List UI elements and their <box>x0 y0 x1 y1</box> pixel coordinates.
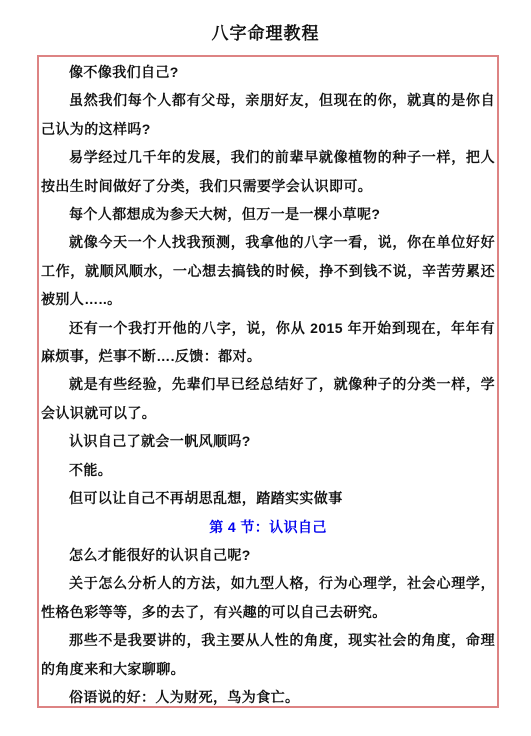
section-heading: 第 4 节：认识自己 <box>41 513 495 541</box>
paragraph: 不能。 <box>41 456 495 484</box>
paragraph: 虽然我们每个人都有父母，亲朋好友，但现在的你，就真的是你自己认为的这样吗? <box>41 86 495 143</box>
paragraph: 易学经过几千年的发展，我们的前辈早就像植物的种子一样，把人按出生时间做好了分类，… <box>41 143 495 200</box>
page-title: 八字命理教程 <box>0 19 531 44</box>
paragraph: 那些不是我要讲的，我主要从人性的角度，现实社会的角度，命理的角度来和大家聊聊。 <box>41 626 495 683</box>
paragraph: 就是有些经验，先辈们早已经总结好了，就像种子的分类一样，学会认识就可以了。 <box>41 370 495 427</box>
paragraph: 认识自己了就会一帆风顺吗? <box>41 427 495 455</box>
paragraph: 像不像我们自己? <box>41 58 495 86</box>
paragraph: 怎么才能很好的认识自己呢? <box>41 541 495 569</box>
paragraph: 俗语说的好：人为财死，鸟为食亡。 <box>41 683 495 711</box>
paragraph: 每个人都想成为参天大树，但万一是一棵小草呢? <box>41 200 495 228</box>
paragraph: 还有一个我打开他的八字，说，你从 2015 年开始到现在，年年有麻烦事，烂事不断… <box>41 314 495 371</box>
paragraph: 但可以让自己不再胡思乱想，踏踏实实做事 <box>41 484 495 512</box>
content-border-box: 像不像我们自己?虽然我们每个人都有父母，亲朋好友，但现在的你，就真的是你自己认为… <box>37 55 499 708</box>
text-blocks: 像不像我们自己?虽然我们每个人都有父母，亲朋好友，但现在的你，就真的是你自己认为… <box>39 57 497 711</box>
paragraph: 就像今天一个人找我预测，我拿他的八字一看，说，你在单位好好工作，就顺风顺水，一心… <box>41 228 495 313</box>
paragraph: 关于怎么分析人的方法，如九型人格，行为心理学，社会心理学，性格色彩等等，多的去了… <box>41 569 495 626</box>
